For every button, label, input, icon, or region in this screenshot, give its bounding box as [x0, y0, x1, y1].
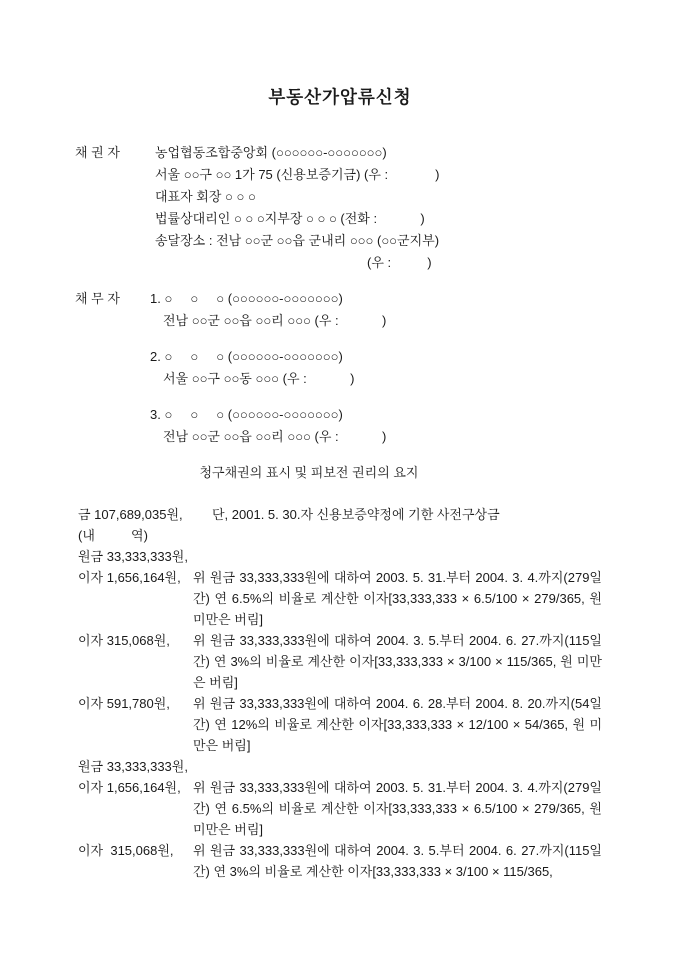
- claim-row-principal-1: 원금 33,333,333원,: [78, 546, 602, 567]
- claim-interest-amount: 이자 315,068원,: [78, 630, 193, 693]
- creditor-section: 채 권 자 농업협동조합중앙회 (○○○○○○-○○○○○○○) 서울 ○○구 …: [75, 142, 602, 274]
- debtor-name-line: 3. ○ ○ ○ (○○○○○○-○○○○○○○): [150, 404, 602, 426]
- creditor-content: 농업협동조합중앙회 (○○○○○○-○○○○○○○) 서울 ○○구 ○○ 1가 …: [155, 142, 602, 274]
- claim-section: 금 107,689,035원, 단, 2001. 5. 30.자 신용보증약정에…: [78, 504, 602, 882]
- claim-interest-amount: 이자 315,068원,: [78, 840, 193, 882]
- debtor-address-line: 전남 ○○군 ○○읍 ○○리 ○○○ (우 : ): [150, 426, 602, 448]
- claim-interest-description: 위 원금 33,333,333원에 대하여 2004. 6. 28.부터 200…: [193, 693, 602, 756]
- claim-section-heading: 청구채권의 표시 및 피보전 권리의 요지: [0, 462, 649, 484]
- claim-row-breakdown-header: (내 역): [78, 525, 602, 546]
- creditor-legal-agent-line: 법률상대리인 ○ ○ ○지부장 ○ ○ ○ (전화 : ): [155, 208, 602, 230]
- claim-total-description: 단, 2001. 5. 30.자 신용보증약정에 기한 사전구상금: [193, 504, 602, 525]
- claim-row-interest-3: 이자 591,780원, 위 원금 33,333,333원에 대하여 2004.…: [78, 693, 602, 756]
- creditor-address-line: 서울 ○○구 ○○ 1가 75 (신용보증기금) (우 : ): [155, 164, 602, 186]
- claim-description: [193, 756, 602, 777]
- debtor-name-line: 1. ○ ○ ○ (○○○○○○-○○○○○○○): [150, 288, 602, 310]
- claim-interest-description: 위 원금 33,333,333원에 대하여 2004. 3. 5.부터 2004…: [193, 840, 602, 882]
- claim-row-interest-4: 이자 1,656,164원, 위 원금 33,333,333원에 대하여 200…: [78, 777, 602, 840]
- debtor-address-line: 전남 ○○군 ○○읍 ○○리 ○○○ (우 : ): [150, 310, 602, 332]
- debtor-item-2: 2. ○ ○ ○ (○○○○○○-○○○○○○○) 서울 ○○구 ○○동 ○○○…: [150, 346, 602, 390]
- claim-interest-description: 위 원금 33,333,333원에 대하여 2003. 5. 31.부터 200…: [193, 777, 602, 840]
- creditor-label: 채 권 자: [75, 142, 155, 274]
- creditor-name-line: 농업협동조합중앙회 (○○○○○○-○○○○○○○): [155, 142, 602, 164]
- claim-row-total: 금 107,689,035원, 단, 2001. 5. 30.자 신용보증약정에…: [78, 504, 602, 525]
- debtor-content: 1. ○ ○ ○ (○○○○○○-○○○○○○○) 전남 ○○군 ○○읍 ○○리…: [150, 288, 602, 448]
- claim-row-interest-1: 이자 1,656,164원, 위 원금 33,333,333원에 대하여 200…: [78, 567, 602, 630]
- debtor-item-1: 1. ○ ○ ○ (○○○○○○-○○○○○○○) 전남 ○○군 ○○읍 ○○리…: [150, 288, 602, 332]
- debtor-address-line: 서울 ○○구 ○○동 ○○○ (우 : ): [150, 368, 602, 390]
- debtor-name-line: 2. ○ ○ ○ (○○○○○○-○○○○○○○): [150, 346, 602, 368]
- claim-description: [193, 546, 602, 567]
- document-page: 부동산가압류신청 채 권 자 농업협동조합중앙회 (○○○○○○-○○○○○○○…: [0, 0, 680, 962]
- creditor-service-address-line: 송달장소 : 전남 ○○군 ○○읍 군내리 ○○○ (○○군지부): [155, 230, 602, 252]
- claim-description: [193, 525, 602, 546]
- document-title: 부동산가압류신청: [0, 0, 680, 110]
- creditor-representative-line: 대표자 회장 ○ ○ ○: [155, 186, 602, 208]
- claim-breakdown-label: (내 역): [78, 525, 193, 546]
- claim-interest-description: 위 원금 33,333,333원에 대하여 2003. 5. 31.부터 200…: [193, 567, 602, 630]
- claim-interest-description: 위 원금 33,333,333원에 대하여 2004. 3. 5.부터 2004…: [193, 630, 602, 693]
- claim-principal-amount: 원금 33,333,333원,: [78, 546, 193, 567]
- claim-interest-amount: 이자 1,656,164원,: [78, 777, 193, 840]
- claim-row-principal-2: 원금 33,333,333원,: [78, 756, 602, 777]
- claim-interest-amount: 이자 591,780원,: [78, 693, 193, 756]
- claim-principal-amount: 원금 33,333,333원,: [78, 756, 193, 777]
- claim-row-interest-2: 이자 315,068원, 위 원금 33,333,333원에 대하여 2004.…: [78, 630, 602, 693]
- debtor-section: 채 무 자 1. ○ ○ ○ (○○○○○○-○○○○○○○) 전남 ○○군 ○…: [75, 288, 602, 448]
- claim-row-interest-5: 이자 315,068원, 위 원금 33,333,333원에 대하여 2004.…: [78, 840, 602, 882]
- claim-interest-amount: 이자 1,656,164원,: [78, 567, 193, 630]
- claim-total-amount: 금 107,689,035원,: [78, 504, 193, 525]
- creditor-postal-line: (우 : ): [155, 252, 602, 274]
- debtor-item-3: 3. ○ ○ ○ (○○○○○○-○○○○○○○) 전남 ○○군 ○○읍 ○○리…: [150, 404, 602, 448]
- debtor-label: 채 무 자: [75, 288, 150, 448]
